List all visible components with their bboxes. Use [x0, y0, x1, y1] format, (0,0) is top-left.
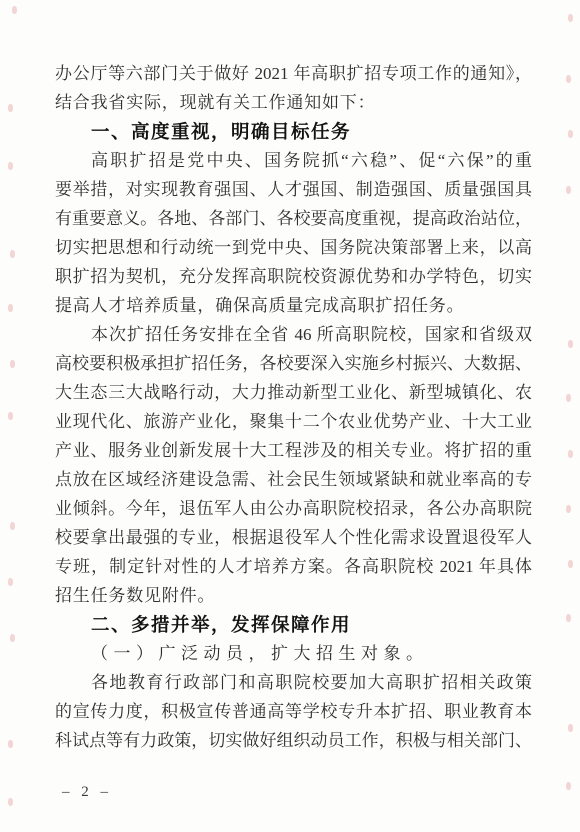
red-scan-artifact-mark [568, 14, 573, 22]
red-scan-artifact-mark [8, 104, 13, 112]
red-scan-artifact-mark [568, 724, 573, 732]
text-line: 高校要积极承担扩招任务，各校要深入实施乡村振兴、大数据、 [55, 349, 532, 378]
text-line: 专班，制定针对性的人才培养方案。各高职院校 2021 年具体 [55, 552, 532, 581]
subsection-heading: （一）广泛动员，扩大招生对象。 [55, 639, 532, 668]
red-scan-artifact-mark [566, 614, 571, 622]
red-scan-artifact-mark [8, 162, 13, 170]
red-scan-artifact-mark [568, 450, 573, 458]
red-scan-artifact-mark [8, 412, 13, 420]
text-line: 大生态三大战略行动，大力推动新型工业化、新型城镇化、农 [55, 378, 532, 407]
section-heading-two: 二、多措并举，发挥保障作用 [55, 610, 532, 639]
text-line: 职扩招为契机，充分发挥高职院校资源优势和办学特色，切实 [55, 262, 532, 291]
red-scan-artifact-mark [566, 186, 571, 194]
red-scan-artifact-mark [10, 522, 15, 530]
text-line: 要举措，对实现教育强国、人才强国、制造强国、质量强国具 [55, 175, 532, 204]
red-scan-artifact-mark [8, 578, 13, 586]
red-scan-artifact-mark [8, 304, 13, 312]
red-scan-artifact-mark [10, 250, 15, 258]
red-scan-artifact-mark [8, 740, 13, 748]
red-scan-artifact-mark [566, 782, 571, 790]
text-line: 科试点等有力政策，切实做好组织动员工作，积极与相关部门、 [55, 726, 532, 755]
text-line: 校要拿出最强的专业，根据退役军人个性化需求设置退役军人 [55, 523, 532, 552]
text-line: 有重要意义。各地、各部门、各校要高度重视，提高政治站位， [55, 204, 532, 233]
text-line: 招生任务数见附件。 [55, 581, 532, 610]
text-line: 业倾斜。今年，退伍军人由公办高职院校招录，各公办高职院 [55, 494, 532, 523]
red-scan-artifact-mark [568, 130, 573, 138]
red-scan-artifact-mark [12, 6, 17, 14]
text-line: 各地教育行政部门和高职院校要加大高职扩招相关政策 [55, 668, 532, 697]
red-scan-artifact-mark [566, 394, 571, 402]
text-line: 点放在区域经济建设急需、社会民生领域紧缺和就业率高的专 [55, 465, 532, 494]
red-scan-artifact-mark [566, 75, 571, 83]
red-scan-artifact-mark [566, 505, 571, 513]
red-scan-artifact-mark [10, 634, 15, 642]
text-line: 结合我省实际，现就有关工作通知如下： [55, 88, 532, 117]
text-line: 产业、服务业创新发展十大工程涉及的相关专业。将扩招的重 [55, 436, 532, 465]
red-scan-artifact-mark [568, 560, 573, 568]
page-number: – 2 – [62, 782, 112, 802]
red-scan-artifact-mark [568, 340, 573, 348]
text-line: 切实把思想和行动统一到党中央、国务院决策部署上来，以高 [55, 233, 532, 262]
section-heading-one: 一、高度重视，明确目标任务 [55, 117, 532, 146]
scanned-document-page: 办公厅等六部门关于做好 2021 年高职扩招专项工作的通知》， 结合我省实际，现… [0, 0, 580, 832]
text-line: 提高人才培养质量，确保高质量完成高职扩招任务。 [55, 291, 532, 320]
text-line: 的宣传力度，积极宣传普通高等学校专升本扩招、职业教育本 [55, 697, 532, 726]
text-line: 高职扩招是党中央、国务院抓“六稳”、促“六保”的重 [55, 146, 532, 175]
document-text-block: 办公厅等六部门关于做好 2021 年高职扩招专项工作的通知》， 结合我省实际，现… [55, 59, 532, 755]
red-scan-artifact-mark [10, 360, 15, 368]
red-scan-artifact-mark [8, 798, 13, 806]
text-line: 本次扩招任务安排在全省 46 所高职院校，国家和省级双 [55, 320, 532, 349]
text-line: 业现代化、旅游产业化，聚集十二个农业优势产业、十大工业 [55, 407, 532, 436]
text-line: 办公厅等六部门关于做好 2021 年高职扩招专项工作的通知》， [55, 59, 532, 88]
